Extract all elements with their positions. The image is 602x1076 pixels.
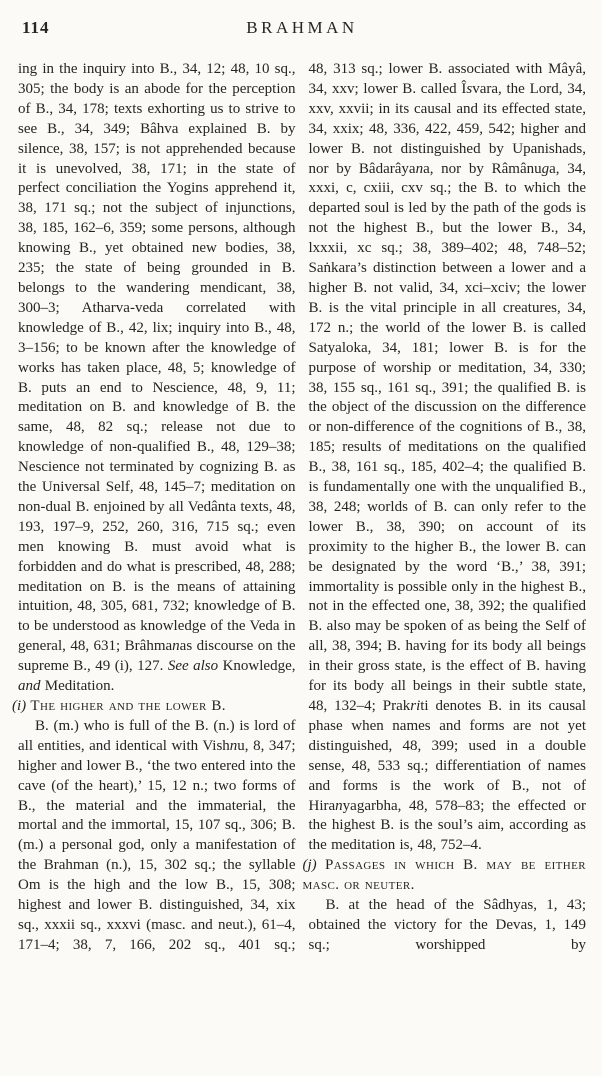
page-number: 114 bbox=[22, 18, 50, 38]
italic-run: s bbox=[466, 81, 472, 97]
index-paragraph: ing in the inquiry into B., 34, 12; 48, … bbox=[18, 60, 296, 697]
italic-run: (i) bbox=[12, 698, 30, 714]
right-column: 48, 313 sq.; lower B. associated with Mâ… bbox=[309, 60, 587, 956]
italic-run: and bbox=[18, 678, 41, 694]
italic-run: ri bbox=[410, 698, 420, 714]
italic-run: n bbox=[335, 798, 343, 814]
italic-run: g bbox=[542, 161, 550, 177]
italic-run: See also bbox=[168, 658, 218, 674]
section-heading: (j) Passages in which B. may be either m… bbox=[303, 856, 587, 896]
italic-run: n bbox=[230, 738, 238, 754]
italic-run: n bbox=[172, 638, 180, 654]
page-header: 114 BRAHMAN bbox=[18, 16, 586, 42]
section-heading: (i) The higher and the lower B. bbox=[12, 697, 296, 717]
index-paragraph: B. (m.) who is full of the B. (n.) is lo… bbox=[18, 717, 296, 956]
smallcaps-run: The higher and the lower B. bbox=[30, 698, 226, 714]
text-columns: ing in the inquiry into B., 34, 12; 48, … bbox=[18, 60, 586, 956]
italic-run: n bbox=[416, 161, 424, 177]
book-page: 114 BRAHMAN ing in the inquiry into B., … bbox=[0, 0, 602, 1076]
smallcaps-run: Passages in which B. may be either masc.… bbox=[303, 857, 587, 893]
index-paragraph: 48, 313 sq.; lower B. associated with Mâ… bbox=[309, 60, 587, 856]
running-title: BRAHMAN bbox=[18, 16, 586, 38]
index-paragraph: B. at the head of the Sâdhyas, 1, 43; ob… bbox=[309, 896, 587, 956]
italic-run: (j) bbox=[303, 857, 325, 873]
left-column: ing in the inquiry into B., 34, 12; 48, … bbox=[18, 60, 296, 956]
